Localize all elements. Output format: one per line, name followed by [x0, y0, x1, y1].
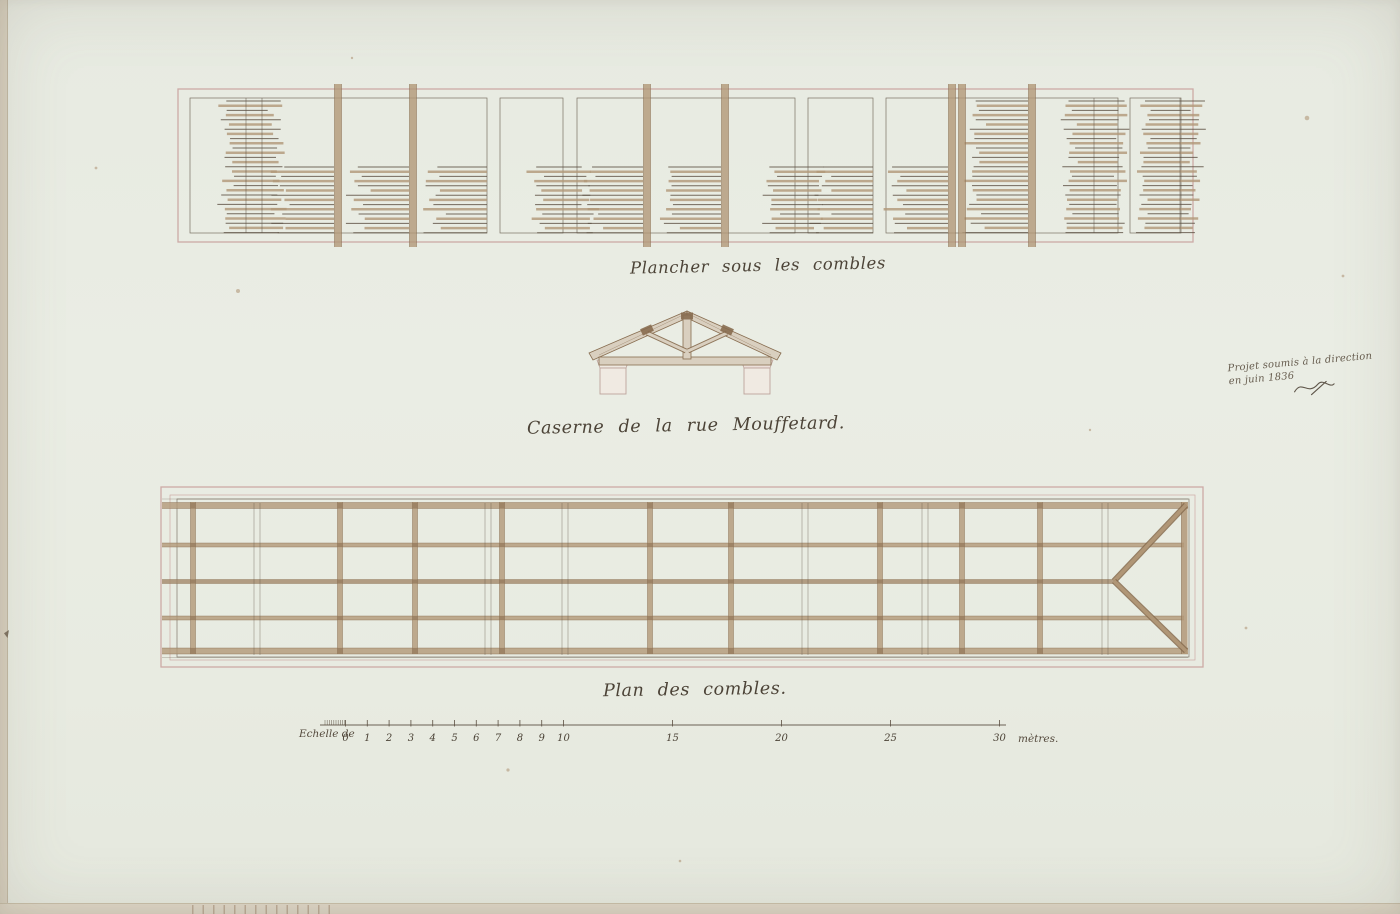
foxing-specks	[95, 57, 1345, 863]
scale-prefix-label: Echelle de	[299, 728, 355, 740]
scale-tick-label: 25	[883, 733, 897, 744]
scale-tick-label: 10	[557, 733, 570, 744]
roof-plan-caption: Plan des combles.	[603, 679, 787, 702]
scale-tick-label: 3	[408, 733, 414, 744]
ink-drawing-canvas: 01234567891015202530	[0, 0, 1400, 914]
scale-tick-label: 30	[993, 733, 1006, 744]
scale-bar: 01234567891015202530	[320, 720, 1006, 744]
drawing-sheet: 01234567891015202530 Plancher sous les c…	[0, 0, 1400, 914]
scale-tick-label: 7	[495, 733, 502, 744]
scale-tick-label: 6	[473, 733, 480, 744]
scale-tick-label: 15	[666, 733, 679, 744]
page-edge-left	[0, 0, 8, 914]
scale-tick-label: 20	[774, 733, 788, 744]
scale-tick-label: 5	[451, 733, 457, 744]
truss-section	[589, 311, 781, 394]
scale-tick-label: 8	[517, 733, 523, 744]
scale-tick-label: 9	[539, 733, 546, 744]
scale-tick-label: 1	[364, 733, 370, 744]
floor-framing-plan	[178, 84, 1206, 247]
underlying-sheet-drawing-marks	[183, 905, 333, 914]
scale-tick-label: 2	[385, 733, 392, 744]
roof-plan	[161, 487, 1203, 667]
scale-tick-label: 4	[429, 733, 436, 744]
scale-unit-label: mètres.	[1018, 733, 1058, 745]
signature-paraph	[1291, 378, 1338, 400]
